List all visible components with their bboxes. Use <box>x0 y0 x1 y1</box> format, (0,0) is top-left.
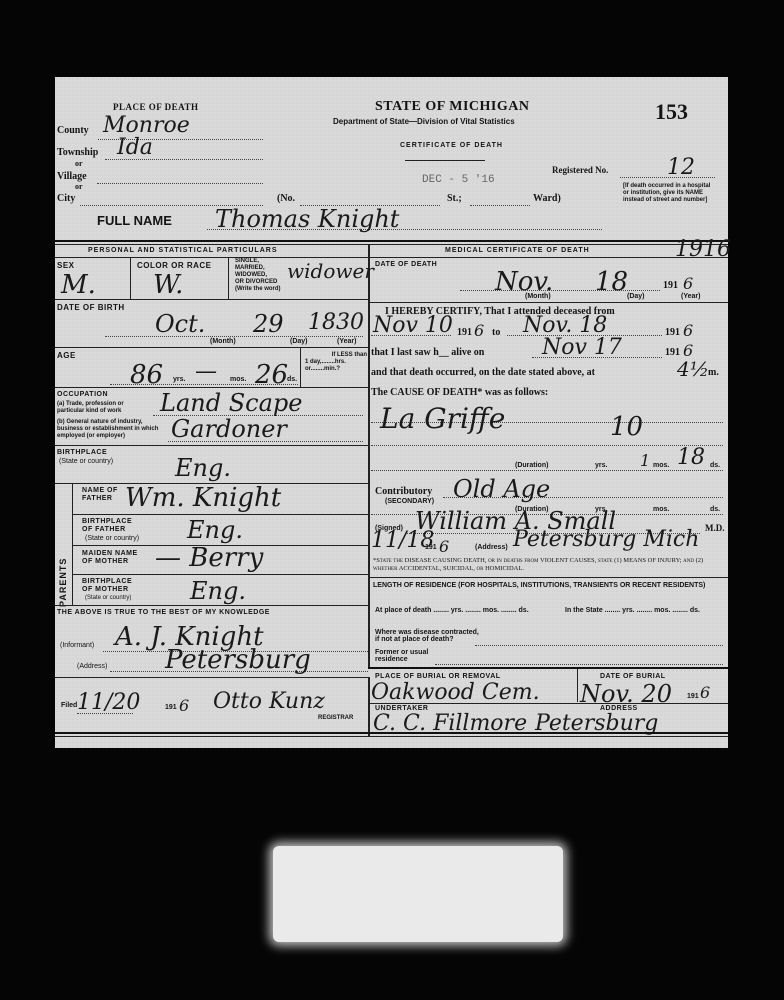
sex-value: M. <box>61 270 96 300</box>
physician-address: Petersburg Mich <box>513 527 699 552</box>
year-caption: (Year) <box>681 293 700 300</box>
attended-to-year-suffix: 6 <box>683 321 693 340</box>
street-no-label: (No. <box>277 193 295 204</box>
township-value: Ida <box>117 135 153 160</box>
year-prefix: 191 <box>425 544 437 551</box>
birthplace-label: BIRTHPLACE <box>57 449 107 456</box>
filed-year-suffix: 6 <box>179 696 189 715</box>
or-text: or <box>75 159 83 168</box>
to-text: to <box>492 327 500 338</box>
death-year-suffix: 6 <box>683 274 693 293</box>
true-statement: THE ABOVE IS TRUE TO THE BEST OF MY KNOW… <box>57 609 270 616</box>
birthplace-sub: (State or country) <box>59 458 113 465</box>
village-label: Village <box>57 171 87 182</box>
day-caption: (Day) <box>627 293 645 300</box>
last-saw-text: that I last saw h__ alive on <box>371 347 484 358</box>
registrar-signature: Otto Kunz <box>213 689 325 714</box>
address-label: (Address) <box>77 663 107 670</box>
registered-no-value: 12 <box>667 155 695 180</box>
residence-label: LENGTH OF RESIDENCE (FOR HOSPITALS, INST… <box>373 581 723 590</box>
contributory-label: Contributory <box>375 486 432 497</box>
occupation-trade: Land Scape <box>160 389 302 417</box>
age-days: 26 <box>255 360 288 390</box>
date-of-death-label: DATE OF DEATH <box>375 261 437 268</box>
physician-address-label: (Address) <box>475 544 508 551</box>
former-residence-label: Former or usual residence <box>375 649 450 663</box>
year-prefix: 191 <box>457 327 472 338</box>
blank-label-card <box>273 846 563 942</box>
at-place-of-death: At place of death ........ yrs. ........… <box>375 607 535 614</box>
cause-duration-mark: 10 <box>610 412 643 442</box>
filed-year-prefix: 191 <box>165 704 177 711</box>
cause-of-death-text: The CAUSE OF DEATH* was as follows: <box>371 387 548 398</box>
informant-address: Petersburg <box>165 645 311 675</box>
signed-year-suffix: 6 <box>439 537 449 556</box>
occupation-label: OCCUPATION <box>57 391 108 398</box>
death-time: 4½ <box>677 357 709 381</box>
color-race-value: W. <box>153 270 183 300</box>
day-caption: (Day) <box>290 338 308 345</box>
mother-birthplace: Eng. <box>190 577 246 605</box>
marital-status-value: widower <box>287 259 374 283</box>
yrs-caption: yrs. <box>173 376 185 383</box>
age-years: 86 <box>130 360 163 390</box>
certificate-title: CERTIFICATE OF DEATH <box>400 142 503 149</box>
death-year-prefix: 191 <box>663 280 678 291</box>
filed-label: Filed <box>61 702 77 709</box>
death-certificate: PLACE OF DEATH County Monroe Township Id… <box>55 77 728 748</box>
color-race-label: COLOR OR RACE <box>137 261 212 270</box>
occupation-b-label: (b) General nature of industry, business… <box>57 419 169 440</box>
filed-date: 11/20 <box>77 690 140 715</box>
birth-year: 1830 <box>308 310 364 335</box>
death-day: 18 <box>595 267 628 297</box>
birthplace-value: Eng. <box>175 454 231 482</box>
city-label: City <box>57 193 75 204</box>
burial-date-label: DATE OF BURIAL <box>600 673 666 680</box>
burial-place: Oakwood Cem. <box>371 680 540 705</box>
township-label: Township <box>57 147 98 158</box>
registered-no-label: Registered No. <box>552 165 608 175</box>
cause-duration-months: 1 <box>640 451 650 470</box>
disease-contracted-label: Where was disease contracted, if not at … <box>375 629 485 643</box>
ds-caption: ds. <box>287 376 297 383</box>
occupation-industry: Gardoner <box>171 415 287 443</box>
year-annotation: 1916 <box>675 237 731 262</box>
birth-day: 29 <box>253 310 284 338</box>
sex-label: SEX <box>57 261 75 270</box>
birth-month: Oct. <box>155 310 205 338</box>
mother-birthplace-label: BIRTHPLACE OF MOTHER <box>82 578 142 594</box>
age-label: AGE <box>57 351 76 360</box>
mos-caption: mos. <box>230 376 246 383</box>
date-received-stamp: DEC - 5 '16 <box>422 174 495 186</box>
mos-caption: mos. <box>653 506 669 513</box>
attended-from-year-suffix: 6 <box>474 321 484 340</box>
or-text: or <box>75 182 83 191</box>
ward-label: Ward) <box>533 193 561 204</box>
father-birthplace-label: BIRTHPLACE OF FATHER <box>82 518 142 534</box>
attended-from: Nov 10 <box>373 313 453 338</box>
md-text: M.D. <box>705 523 725 533</box>
full-name-label: FULL NAME <box>97 213 172 228</box>
ds-caption: ds. <box>710 462 720 469</box>
cause-of-death: La Griffe <box>380 402 505 435</box>
date-of-birth-label: DATE OF BIRTH <box>57 303 125 312</box>
month-caption: (Month) <box>210 338 236 345</box>
duration-caption: (Duration) <box>515 462 548 469</box>
occupation-a-label: (a) Trade, profession or particular kind… <box>57 401 152 415</box>
age-months: — <box>195 359 217 384</box>
street-label: St.; <box>447 193 462 204</box>
mother-birthplace-sub: (State or country) <box>85 595 131 601</box>
registrar-label: REGISTRAR <box>318 715 353 721</box>
mother-maiden-name: — Berry <box>155 543 263 573</box>
year-caption: (Year) <box>337 338 356 345</box>
cause-duration-days: 18 <box>677 445 705 470</box>
state-title: STATE OF MICHIGAN <box>375 99 529 115</box>
less-than-day-box: If LESS than 1 day,........hrs. or......… <box>305 352 367 373</box>
father-birthplace: Eng. <box>187 516 243 544</box>
in-state: In the State ........ yrs. ........ mos.… <box>565 607 725 614</box>
secondary-label: (SECONDARY) <box>385 498 434 505</box>
parents-label: PARENTS <box>58 558 68 607</box>
father-birthplace-sub: (State or country) <box>85 535 139 542</box>
burial-year-prefix: 191 <box>687 693 699 700</box>
month-caption: (Month) <box>525 293 551 300</box>
yrs-caption: yrs. <box>595 462 607 469</box>
full-name-value: Thomas Knight <box>215 205 399 233</box>
mos-caption: mos. <box>653 462 669 469</box>
father-name-label: NAME OF FATHER <box>82 487 127 503</box>
father-name: Wm. Knight <box>125 483 281 513</box>
death-occurred-text: and that death occurred, on the date sta… <box>371 367 595 378</box>
footnote: *State the DISEASE CAUSING DEATH, or in … <box>373 557 723 573</box>
place-of-death-label: PLACE OF DEATH <box>113 102 199 112</box>
burial-place-label: PLACE OF BURIAL OR REMOVAL <box>375 673 501 680</box>
last-saw-date: Nov 17 <box>542 335 622 360</box>
year-prefix: 191 <box>665 327 680 338</box>
personal-section-title: PERSONAL AND STATISTICAL PARTICULARS <box>88 247 277 254</box>
county-label: County <box>57 125 89 136</box>
medical-section-title: MEDICAL CERTIFICATE OF DEATH <box>445 247 590 254</box>
contributory-cause: Old Age <box>453 475 550 503</box>
m-text: m. <box>708 367 719 378</box>
mother-maiden-name-label: MAIDEN NAME OF MOTHER <box>82 550 142 566</box>
department-name: Department of State—Division of Vital St… <box>333 117 515 126</box>
informant-label: (Informant) <box>60 642 94 649</box>
file-number: 153 <box>655 99 688 125</box>
hospital-note: [If death occurred in a hospital or inst… <box>623 183 715 204</box>
burial-year-suffix: 6 <box>700 683 710 702</box>
ds-caption: ds. <box>710 506 720 513</box>
marital-status-label: SINGLE,MARRIED,WIDOWED,OR DIVORCED(Write… <box>235 258 281 293</box>
